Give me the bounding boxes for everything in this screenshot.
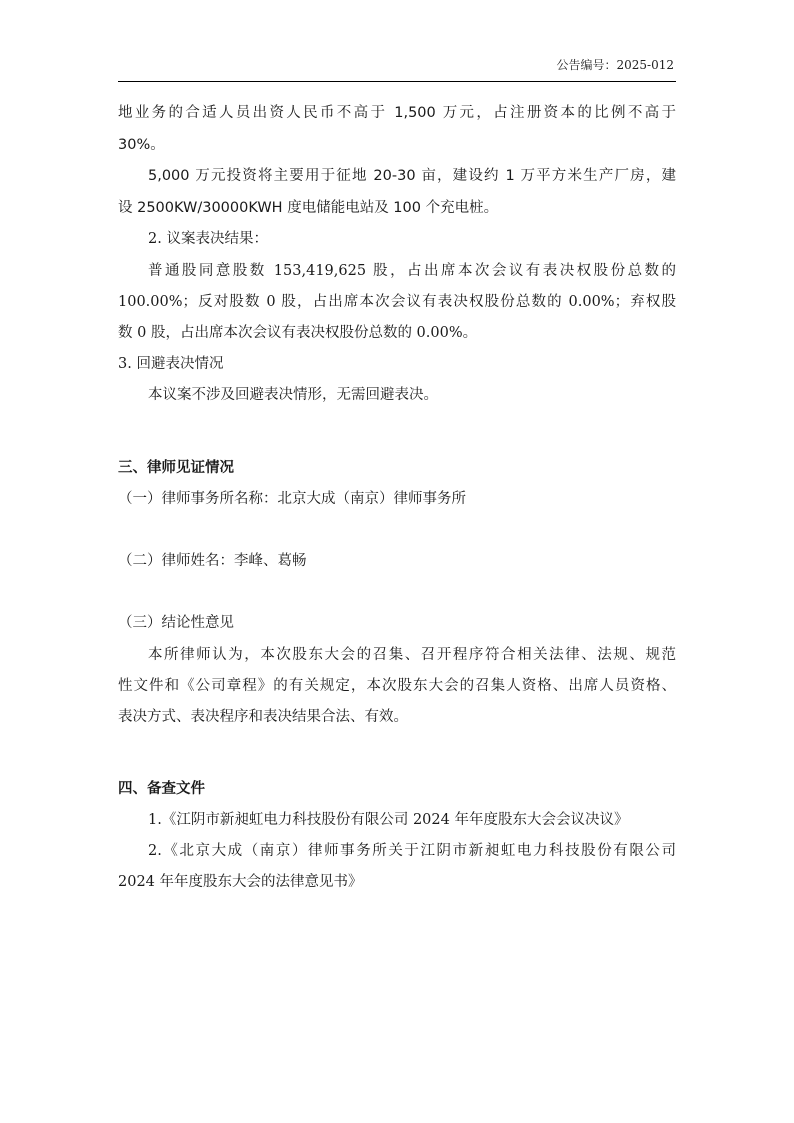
header-divider — [118, 81, 676, 82]
paragraph-line: 普通股同意股数 153,419,625 股，占出席本次会议有表决权股份总数的 — [148, 261, 676, 281]
paragraph-line: 本议案不涉及回避表决情形，无需回避表决。 — [148, 385, 438, 405]
subheading-vote-result: 2. 议案表决结果： — [148, 229, 268, 249]
lawyer-names: （二）律师姓名：李峰、葛畅 — [118, 551, 307, 571]
paragraph-line: 100.00%；反对股数 0 股，占出席本次会议有表决权股份总数的 0.00%；… — [118, 292, 676, 312]
reference-doc-item: 1.《江阴市新昶虹电力科技股份有限公司 2024 年年度股东大会会议决议》 — [148, 810, 628, 830]
reference-doc-item: 2.《北京大成（南京）律师事务所关于江阴市新昶虹电力科技股份有限公司 — [148, 841, 676, 861]
subheading-recusal: 3. 回避表决情况 — [118, 354, 223, 374]
paragraph-line: 地业务的合适人员出资人民币不高于 1,500 万元，占注册资本的比例不高于 — [118, 103, 676, 123]
section-title-reference-docs: 四、备查文件 — [118, 779, 205, 799]
paragraph-line: 表决方式、表决程序和表决结果合法、有效。 — [118, 707, 408, 727]
announcement-number: 公告编号：2025-012 — [557, 56, 675, 73]
paragraph-line: 本所律师认为，本次股东大会的召集、召开程序符合相关法律、法规、规范 — [148, 645, 676, 665]
subheading-conclusion: （三）结论性意见 — [118, 613, 234, 633]
paragraph-line: 数 0 股，占出席本次会议有表决权股份总数的 0.00%。 — [118, 323, 477, 343]
paragraph-line: 5,000 万元投资将主要用于征地 20-30 亩，建设约 1 万平方米生产厂房… — [148, 166, 676, 186]
law-firm-name: （一）律师事务所名称：北京大成（南京）律师事务所 — [118, 489, 466, 509]
section-title-lawyer-witness: 三、律师见证情况 — [118, 458, 234, 478]
paragraph-line: 性文件和《公司章程》的有关规定，本次股东大会的召集人资格、出席人员资格、 — [118, 676, 676, 696]
paragraph-line: 30%。 — [118, 135, 165, 155]
reference-doc-item-continued: 2024 年年度股东大会的法律意见书》 — [118, 872, 363, 892]
paragraph-line: 设 2500KW/30000KWH 度电储能电站及 100 个充电桩。 — [118, 198, 498, 218]
